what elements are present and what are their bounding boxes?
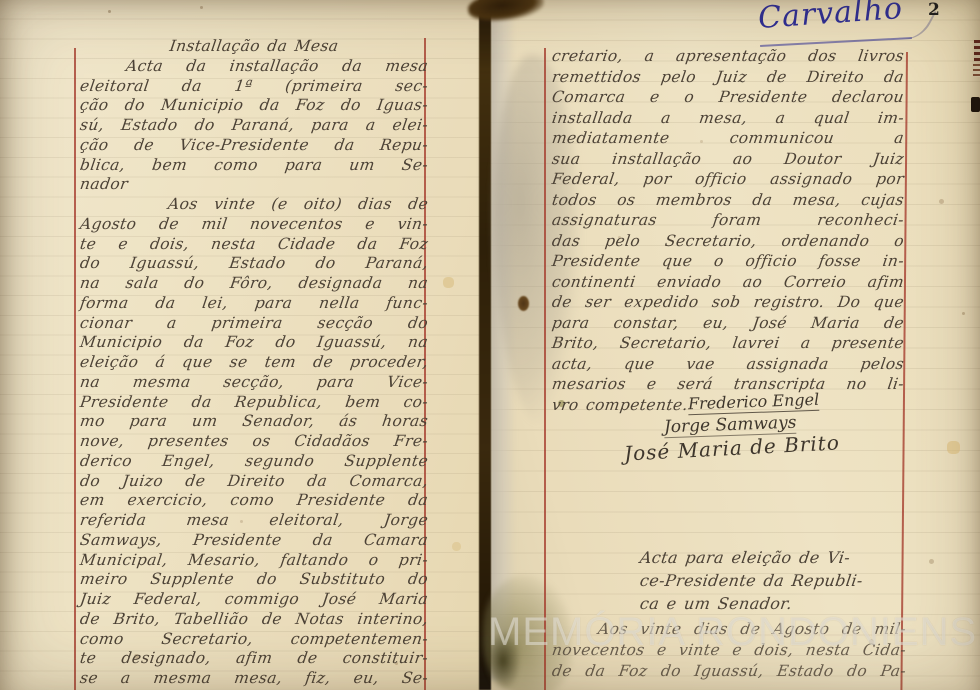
manuscript-line: sua installação ao Doutor Juiz (551, 149, 906, 170)
manuscript-line: nador (79, 175, 430, 195)
manuscript-line: Juiz Federal, commigo José Maria (79, 590, 430, 610)
margin-line (74, 48, 76, 690)
manuscript-line: Samways, Presidente da Camara (79, 531, 430, 551)
ink-blot (518, 296, 529, 311)
binding-gutter (479, 0, 491, 690)
manuscript-line: eleitoral da 1ª (primeira sec- (79, 77, 430, 97)
manuscript-line: de da Foz do Iguassú, Estado do Pa- (551, 661, 908, 682)
manuscript-line: cionar a primeira secção do (79, 314, 430, 334)
manuscript-line: te designado, afim de constituir- (79, 649, 430, 669)
manuscript-line: de Brito, Tabellião de Notas interino, (79, 610, 430, 630)
manuscript-line: Federal, por officio assignado por (551, 169, 906, 190)
manuscript-line: em exercicio, como Presidente da (79, 491, 430, 511)
right-page-text: cretario, a apresentação dos livrosremet… (552, 46, 904, 415)
manuscript-line: derico Engel, segundo Supplente (79, 452, 430, 472)
manuscript-line: se a mesma mesa, fiz, eu, Se- (79, 669, 430, 689)
manuscript-line: ce-Presidente da Republi- (638, 569, 903, 592)
archive-watermark: MEMÓRIA RONDONIENSE (488, 610, 974, 655)
manuscript-line: continenti enviado ao Correio afim (551, 272, 906, 293)
manuscript-line: Acta da installação da mesa (79, 57, 430, 77)
manuscript-line: de ser expedido sob registro. Do que (551, 292, 906, 313)
manuscript-line: do Juizo de Direito da Comarca, (79, 472, 430, 492)
manuscript-line: ção do Municipio da Foz do Iguas- (79, 96, 430, 116)
manuscript-line: te e dois, nesta Cidade da Foz (79, 235, 430, 255)
manuscript-line: meiro Supplente do Substituto do (79, 570, 430, 590)
age-specks (0, 0, 3, 3)
manuscript-line: sú, Estado do Paraná, para a elei- (79, 116, 430, 136)
manuscript-line: Aos vinte (e oito) dias de (79, 195, 430, 215)
scanned-document: Installação da MesaActa da installação d… (0, 0, 980, 690)
manuscript-line: na sala do Fôro, designada na (79, 274, 430, 294)
manuscript-line: todos os membros da mesa, cujas (551, 190, 906, 211)
manuscript-line: Presidente que o officio fosse in- (551, 251, 906, 272)
manuscript-line: cretario, a apresentação dos livros (551, 46, 906, 67)
manuscript-line: Municipio da Foz do Iguassú, na (79, 333, 430, 353)
manuscript-line: acta, que vae assignada pelos (551, 354, 906, 375)
manuscript-line: Presidente da Republica, bem co- (79, 393, 430, 413)
manuscript-line: para constar, eu, José Maria de (551, 313, 906, 334)
left-page-text: Installação da MesaActa da installação d… (80, 37, 428, 689)
manuscript-line: referida mesa eleitoral, Jorge (79, 511, 430, 531)
margin-line (544, 48, 546, 690)
manuscript-line: mediatamente communicou a (551, 128, 906, 149)
manuscript-line: Municipal, Mesario, faltando o pri- (79, 551, 430, 571)
manuscript-line: das pelo Secretario, ordenando o (551, 231, 906, 252)
page-number: 2 (928, 0, 940, 20)
page-stack-mark (973, 64, 980, 77)
manuscript-line: installada a mesa, a qual im- (551, 108, 906, 129)
manuscript-line: nove, presentes os Cidadãos Fre- (79, 432, 430, 452)
manuscript-line: Agosto de mil novecentos e vin- (79, 215, 430, 235)
manuscript-line: na mesma secção, para Vice- (79, 373, 430, 393)
manuscript-line: mo para um Senador, ás horas (79, 412, 430, 432)
manuscript-line: ção de Vice-Presidente da Repu- (79, 136, 430, 156)
page-stack-mark (974, 40, 980, 62)
manuscript-line: forma da lei, para nella func- (79, 294, 430, 314)
manuscript-line: remettidos pelo Juiz de Direito da (551, 67, 906, 88)
manuscript-line: como Secretario, competentemen- (79, 630, 430, 650)
manuscript-line: mesarios e será transcripta no li- (551, 374, 906, 395)
second-acta-heading: Acta para eleição de Vi-ce-Presidente da… (640, 546, 902, 615)
page-stack-mark (971, 97, 980, 112)
manuscript-line: eleição á que se tem de proceder, (79, 353, 430, 373)
manuscript-line: blica, bem como para um Se- (79, 156, 430, 176)
manuscript-line: do Iguassú, Estado do Paraná, (79, 254, 430, 274)
manuscript-line: assignaturas foram reconheci- (551, 210, 906, 231)
manuscript-line: Comarca e o Presidente declarou (551, 87, 906, 108)
manuscript-line: Installação da Mesa (79, 37, 430, 57)
manuscript-line: Brito, Secretario, lavrei a presente (551, 333, 906, 354)
manuscript-line: Acta para eleição de Vi- (638, 546, 903, 569)
